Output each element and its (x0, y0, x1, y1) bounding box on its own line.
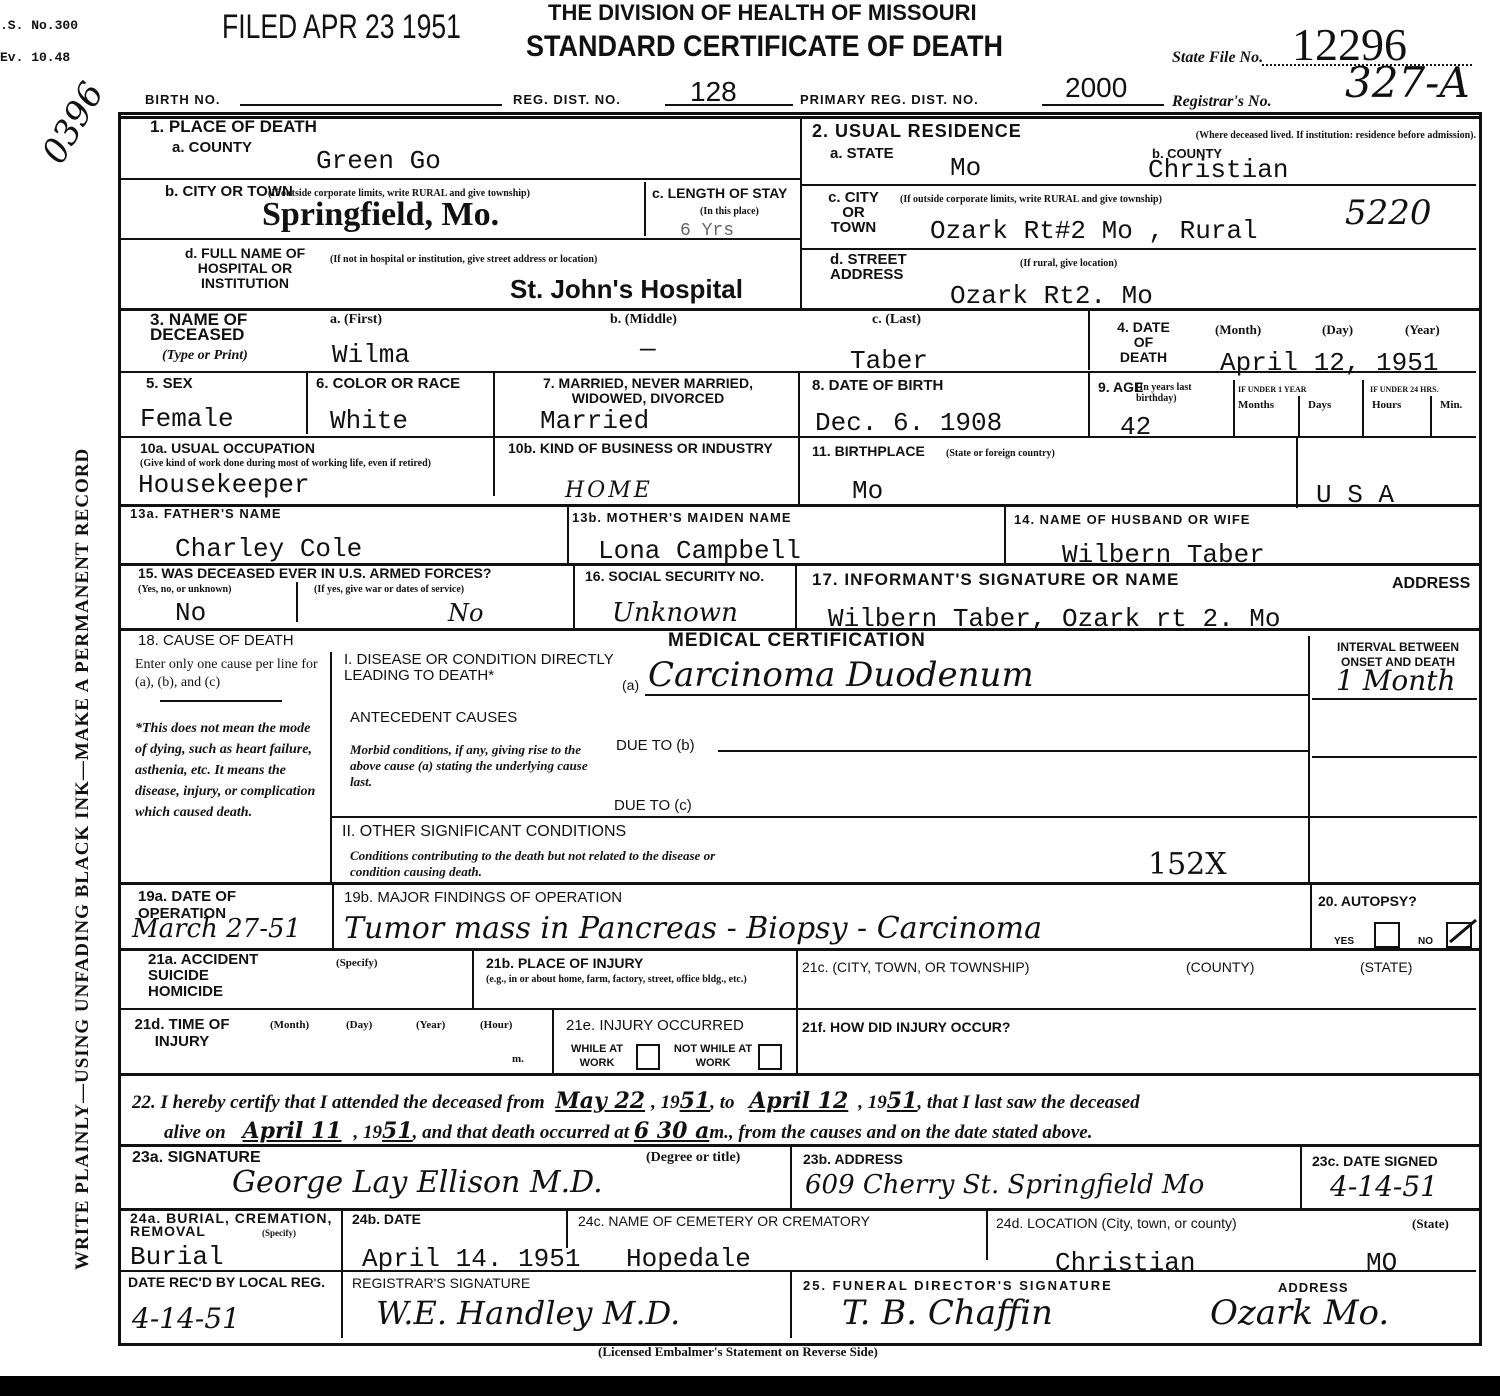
autopsy-yes-checkbox[interactable] (1374, 922, 1400, 948)
funeral-director-label: 25. FUNERAL DIRECTOR'S SIGNATURE (803, 1278, 1113, 1293)
primary-reg-dist-label: PRIMARY REG. DIST. NO. (800, 92, 979, 107)
injury-county-label: (COUNTY) (1186, 960, 1254, 975)
burial-date-label: 24b. DATE (352, 1212, 421, 1227)
embalmer-footnote: (Licensed Embalmer's Statement on Revers… (598, 1346, 878, 1357)
physician-address-label: 23b. ADDRESS (803, 1152, 903, 1167)
reg-dist-label: REG. DIST. NO. (513, 92, 621, 107)
date-received-label: DATE REC'D BY LOCAL REG. (128, 1274, 334, 1290)
due-to-b-label: DUE TO (b) (616, 738, 695, 753)
last-seen-date: April 11 (231, 1118, 354, 1144)
race-label: 6. COLOR OR RACE (316, 376, 460, 391)
father-name-value: Charley Cole (175, 536, 362, 562)
autopsy-yes-label: YES (1334, 934, 1354, 949)
deceased-name-label: 3. NAME OF DECEASED (150, 312, 270, 342)
residence-street-note: (If rural, give location) (1020, 258, 1117, 269)
injury-time-label: 21d. TIME OF INJURY (132, 1016, 232, 1050)
death-month-label: (Month) (1215, 324, 1261, 335)
physician-address: 609 Cherry St. Springfield Mo (805, 1172, 1204, 1198)
operation-date-value: March 27-51 (132, 916, 301, 942)
injury-place-label: 21b. PLACE OF INJURY (486, 956, 643, 971)
while-at-work-checkbox[interactable] (636, 1044, 660, 1070)
form-revision: Ev. 10.48 (0, 52, 70, 63)
registrar-no-label: Registrar's No. (1172, 94, 1272, 109)
occupation-label: 10a. USUAL OCCUPATION (140, 441, 315, 456)
sex-value: Female (140, 406, 234, 432)
birthplace-note: (State or foreign country) (946, 448, 1055, 459)
birthplace-value: Mo (852, 478, 883, 504)
attended-to-year: 51 (887, 1088, 918, 1114)
other-conditions-label: II. OTHER SIGNIFICANT CONDITIONS (342, 824, 626, 839)
occupation-note: (Give kind of work done during most of w… (140, 458, 490, 469)
while-at-work-label: WHILE AT WORK (560, 1042, 634, 1070)
deceased-name-note: (Type or Print) (162, 348, 248, 363)
antecedent-causes-label: ANTECEDENT CAUSES (350, 710, 517, 725)
usual-residence-heading: 2. USUAL RESIDENCE (812, 124, 1022, 139)
days-label: Days (1308, 400, 1331, 411)
min-label: Min. (1440, 400, 1462, 411)
date-of-death-label: 4. DATE OF DEATH (1116, 320, 1171, 365)
race-value: White (330, 408, 408, 434)
residence-county-value: Christian (1148, 157, 1288, 183)
how-injury-occurred-label: 21f. HOW DID INJURY OCCUR? (802, 1020, 1010, 1035)
business-label: 10b. KIND OF BUSINESS OR INDUSTRY (508, 441, 788, 456)
agency-name: THE DIVISION OF HEALTH OF MISSOURI (548, 0, 977, 26)
age-note: (In years last birthday) (1136, 382, 1226, 404)
injury-occurred-label: 21e. INJURY OCCURRED (566, 1018, 744, 1033)
vertical-instruction: WRITE PLAINLY—USING UNFADING BLACK INK—M… (72, 448, 94, 1270)
registrar-no: 327-A (1345, 70, 1470, 96)
disposition-note: (Specify) (262, 1228, 296, 1239)
residence-street-label: d. STREET ADDRESS (830, 252, 920, 282)
residence-state-label: a. STATE (830, 146, 894, 161)
other-conditions-code: 152X (1148, 852, 1227, 878)
time-of-death: 6 30 a (634, 1118, 710, 1144)
cause-footnote: *This does not mean the mode of dying, s… (135, 718, 323, 823)
length-of-stay-value: 6 Yrs (680, 218, 734, 244)
cause-b-field (718, 750, 1310, 752)
first-name-label: a. (First) (330, 314, 382, 325)
physician-signature: George Lay Ellison M.D. (232, 1170, 603, 1196)
hospital-label: d. FULL NAME OF HOSPITAL OR INSTITUTION (165, 246, 325, 291)
mother-maiden-name-value: Lona Campbell (598, 538, 801, 564)
cause-c-field (332, 816, 1312, 818)
length-of-stay-label: c. LENGTH OF STAY (652, 186, 787, 201)
cause-a-label: (a) (622, 678, 639, 693)
autopsy-no-checkbox[interactable] (1446, 922, 1472, 948)
death-county-value: Green Go (316, 148, 441, 174)
attended-from-date: May 22 (549, 1088, 651, 1114)
disease-condition-label: I. DISEASE OR CONDITION DIRECTLY LEADING… (344, 652, 634, 684)
registrar-signature: W.E. Handley M.D. (376, 1300, 680, 1326)
armed-service-note: (If yes, give war or dates of service) (314, 584, 464, 595)
mother-maiden-name-label: 13b. MOTHER'S MAIDEN NAME (572, 510, 792, 525)
filed-stamp: FILED APR 23 1951 (222, 8, 461, 47)
dob-label: 8. DATE OF BIRTH (812, 378, 943, 393)
cause-a-value: Carcinoma Duodenum (648, 662, 1034, 688)
marital-status-label: 7. MARRIED, NEVER MARRIED, WIDOWED, DIVO… (508, 376, 788, 406)
injury-year-label: (Year) (416, 1020, 445, 1031)
alive-on-label: alive on (164, 1122, 226, 1143)
spouse-name-label: 14. NAME OF HUSBAND OR WIFE (1014, 512, 1250, 527)
middle-name-label: b. (Middle) (610, 314, 677, 325)
signature-label: 23a. SIGNATURE (132, 1150, 261, 1165)
sex-label: 5. SEX (146, 376, 193, 391)
informant-label: 17. INFORMANT'S SIGNATURE OR NAME (812, 572, 1179, 587)
primary-reg-dist-no: 2000 (1065, 72, 1127, 104)
injury-place-note: (e.g., in or about home, farm, factory, … (486, 974, 786, 985)
disposition-label: 24a. BURIAL, CREMATION, REMOVAL (130, 1212, 340, 1238)
accident-label: 21a. ACCIDENT SUICIDE HOMICIDE (148, 952, 268, 1000)
due-to-c-label: DUE TO (c) (614, 798, 692, 813)
burial-location-label: 24d. LOCATION (City, town, or county) (996, 1216, 1237, 1231)
disposition-value: Burial (130, 1244, 224, 1270)
last-seen-year: 51 (382, 1118, 413, 1144)
funeral-director-address: Ozark Mo. (1210, 1300, 1389, 1326)
residence-city-note: (If outside corporate limits, write RURA… (900, 194, 1162, 205)
burial-state-label: (State) (1412, 1218, 1449, 1229)
injury-m-label: m. (512, 1054, 524, 1065)
death-year-label: (Year) (1405, 324, 1440, 335)
business-value: HOME (565, 478, 653, 504)
autopsy-label: 20. AUTOPSY? (1318, 894, 1417, 909)
armed-forces-note: (Yes, no, or unknown) (138, 584, 231, 595)
residence-street-value: Ozark Rt2. Mo (950, 283, 1153, 309)
checkmark-icon (1446, 918, 1480, 944)
other-conditions-note: Conditions contributing to the death but… (350, 848, 730, 880)
attended-to-date: April 12 (739, 1088, 858, 1114)
injury-day-label: (Day) (346, 1020, 372, 1031)
cemetery-label: 24c. NAME OF CEMETERY OR CREMATORY (578, 1214, 870, 1229)
injury-city-label: 21c. (CITY, TOWN, OR TOWNSHIP) (802, 960, 1029, 975)
death-county-label: a. COUNTY (172, 140, 252, 155)
registrar-signature-label: REGISTRAR'S SIGNATURE (352, 1276, 530, 1291)
date-signed-label: 23c. DATE SIGNED (1312, 1154, 1438, 1169)
degree-label: (Degree or title) (646, 1152, 740, 1163)
residence-city-annotation: 5220 (1345, 200, 1432, 226)
armed-service-value: No (448, 600, 483, 626)
hospital-note: (If not in hospital or institution, give… (330, 254, 597, 265)
cause-of-death-label: 18. CAUSE OF DEATH (138, 633, 294, 648)
state-file-label: State File No. (1172, 50, 1263, 65)
injury-hour-label: (Hour) (480, 1020, 512, 1031)
dob-value: Dec. 6. 1908 (815, 410, 1002, 436)
funeral-director-signature: T. B. Chaffin (842, 1300, 1053, 1326)
first-name-value: Wilma (332, 342, 410, 368)
not-while-at-work-checkbox[interactable] (758, 1044, 782, 1070)
date-signed-value: 4-14-51 (1330, 1174, 1438, 1200)
operation-findings-value: Tumor mass in Pancreas - Biopsy - Carcin… (344, 916, 1042, 942)
birth-no-field (240, 104, 502, 106)
interval-a-value: 1 Month (1336, 668, 1456, 694)
injury-state-label: (STATE) (1360, 960, 1412, 975)
death-city-value: Springfield, Mo. (262, 196, 499, 234)
accident-specify-label: (Specify) (336, 958, 378, 969)
antecedent-note: Morbid conditions, if any, giving rise t… (350, 742, 612, 790)
residence-state-value: Mo (950, 155, 981, 181)
middle-name-value: — (640, 336, 656, 362)
ssn-label: 16. SOCIAL SECURITY NO. (585, 568, 785, 584)
attended-from-year: 51 (680, 1088, 711, 1114)
ssn-value: Unknown (612, 600, 738, 626)
occupation-value: Housekeeper (138, 472, 310, 498)
date-received-value: 4-14-51 (132, 1306, 240, 1332)
hours-label: Hours (1372, 400, 1401, 411)
medical-certification-heading: MEDICAL CERTIFICATION (668, 633, 926, 648)
autopsy-no-label: NO (1418, 934, 1433, 949)
certification-line-1: 22. I hereby certify that I attended the… (132, 1088, 1140, 1114)
birth-no-label: BIRTH NO. (145, 92, 220, 107)
last-name-label: c. (Last) (872, 314, 921, 325)
armed-forces-value: No (175, 600, 206, 626)
death-day-label: (Day) (1322, 324, 1353, 335)
residence-city-value: Ozark Rt#2 Mo , Rural (930, 218, 1258, 244)
residence-city-label: c. CITY OR TOWN (826, 190, 881, 235)
months-label: Months (1238, 400, 1274, 411)
under-24-hours-label: IF UNDER 24 HRS. (1370, 384, 1439, 395)
form-code: .S. No.300 (0, 20, 78, 31)
hospital-value: St. John's Hospital (510, 274, 743, 305)
certificate-title: STANDARD CERTIFICATE OF DEATH (526, 30, 1003, 64)
margin-handwritten-number: 0396 (40, 79, 106, 167)
certification-text-1: 22. I hereby certify that I attended the… (132, 1092, 545, 1113)
place-of-death-heading: 1. PLACE OF DEATH (150, 119, 317, 134)
cause-instruction: Enter only one cause per line for (a), (… (135, 656, 325, 692)
operation-findings-label: 19b. MAJOR FINDINGS OF OPERATION (344, 890, 622, 905)
certification-line-2: alive on April 11, 1951, and that death … (164, 1118, 1092, 1144)
length-of-stay-note: (In this place) (700, 206, 759, 217)
informant-address-label: ADDRESS (1392, 576, 1470, 591)
armed-forces-label: 15. WAS DECEASED EVER IN U.S. ARMED FORC… (138, 566, 491, 581)
marital-status-value: Married (540, 408, 649, 434)
scan-border (0, 1376, 1500, 1396)
burial-date-value: April 14. 1951 (362, 1246, 580, 1272)
under-1-year-label: IF UNDER 1 YEAR (1238, 384, 1307, 395)
usual-residence-note: (Where deceased lived. If institution: r… (1072, 130, 1476, 141)
burial-state-value: MO (1366, 1250, 1397, 1276)
burial-location-value: Christian (1055, 1250, 1195, 1276)
father-name-label: 13a. FATHER'S NAME (130, 506, 282, 521)
injury-month-label: (Month) (270, 1020, 309, 1031)
cemetery-value: Hopedale (626, 1246, 751, 1272)
birthplace-label: 11. BIRTHPLACE (812, 444, 925, 459)
not-while-at-work-label: NOT WHILE AT WORK (668, 1042, 758, 1070)
